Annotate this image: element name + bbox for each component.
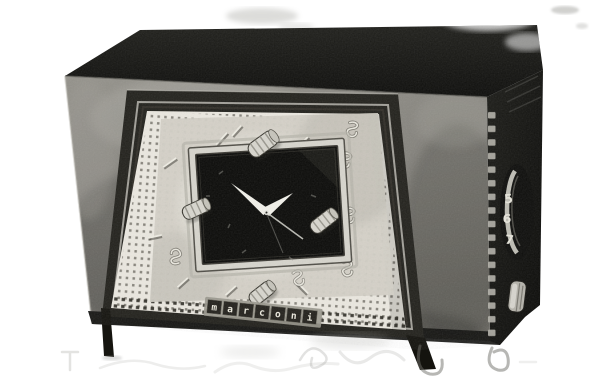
photo-page: m a r c o n i 5 6 7: [0, 0, 592, 380]
clock-radio-photograph: m a r c o n i 5 6 7: [0, 0, 592, 380]
photo-grain: [58, 18, 550, 354]
left-leg-shadow: [102, 356, 122, 361]
